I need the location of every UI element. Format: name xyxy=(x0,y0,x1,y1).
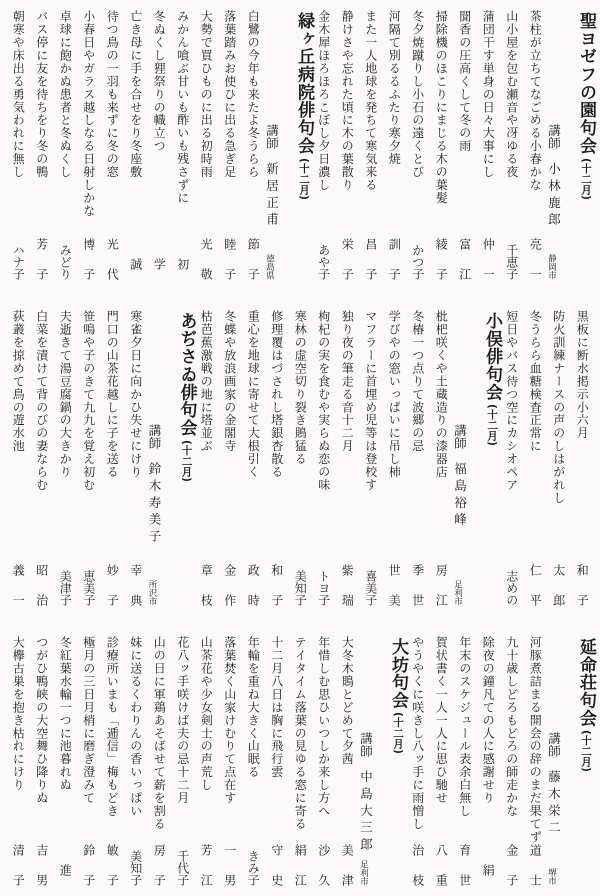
haiku-text: 亡き母に手を合せをり冬座敷 xyxy=(130,10,142,282)
haiku-text: 山小屋を包む瀬音や冴ゆる夜 xyxy=(506,10,518,282)
section-title: 延命荘句会(十二月) xyxy=(577,636,594,888)
haiku-column: 白菜を漬けて背のびの妻ならむ 昭治 xyxy=(30,310,54,608)
lecturer-row: 講師中島大三郎 xyxy=(359,636,372,888)
haiku-column: 賀状書く一人一人に思ひ馳せ 八重 xyxy=(430,636,454,888)
section-title-text: 聖ヨゼフの園句会 xyxy=(576,12,596,155)
haiku-column: 掃除機のほこりにまじる木の葉髪 綾子 xyxy=(430,10,454,282)
haiku-column: 待つ鳥の一羽も来ずに冬の窓 光代 xyxy=(101,10,125,282)
haiku-text: 冬ぬくし狸祭りの幟立つ xyxy=(153,10,165,282)
haiku-text: 冬紅葉水輪一つに池暮れぬ xyxy=(59,636,71,888)
haiku-author: 世美 xyxy=(388,564,400,606)
haiku-column: 独り夜の筆走る音十二月 紫瑞 xyxy=(336,310,360,608)
haiku-column: 茶柱が立ちてなごめる小春かな 亮一 xyxy=(524,10,548,282)
city-label: 静岡市 xyxy=(547,254,556,280)
section-month: (十二月) xyxy=(298,158,310,200)
haiku-author: 一男 xyxy=(224,844,236,886)
haiku-column: 卓球に飽かぬ患者と冬ぬくし みどり xyxy=(54,10,78,282)
haiku-column: やうやくに咲きし八ッ手に雨憎し 治枝 xyxy=(406,636,430,888)
haiku-author: 芳江 xyxy=(200,844,212,886)
haiku-column: 門口の山茶花越しに子を送る 妙子 xyxy=(101,310,125,608)
haiku-author: 栄子 xyxy=(341,238,353,280)
haiku-author: かつ子 xyxy=(412,244,424,280)
haiku-author: 鈴子 xyxy=(83,844,95,886)
haiku-author: 和子 xyxy=(576,564,588,606)
haiku-author: 義一 xyxy=(12,564,24,606)
haiku-column: 冬うらら血糖検査正常に 仁平 xyxy=(524,310,548,608)
haiku-column: 冬夕焼蹴りし小石の遠くとび かつ子 xyxy=(406,10,430,282)
lecturer-label: 講師 xyxy=(147,424,162,449)
haiku-column: 年惜しむ思ひいつしか来し方へ 沙久 xyxy=(312,636,336,888)
haiku-author: 綾子 xyxy=(435,238,447,280)
lecturer-name: 藤木栄二 xyxy=(547,770,562,838)
haiku-author: 季世 xyxy=(412,564,424,606)
haiku-author: 喜美子 xyxy=(365,570,377,606)
section-header: 延命荘句会(十二月) 講師藤木栄二 堺市 xyxy=(547,636,594,888)
haiku-author: 仲一 xyxy=(482,238,494,280)
haiku-column: 除夜の鐘凡ての人に感謝せり 絹 xyxy=(477,636,501,888)
haiku-column: 年末のスケジュール表余白無し 育世 xyxy=(453,636,477,888)
haiku-author: あや子 xyxy=(318,244,330,280)
haiku-column: みかん喰ぶ甘いも酢いも残さずに 初 xyxy=(171,10,195,282)
haiku-author: 妙子 xyxy=(106,564,118,606)
haiku-column: 蒲団干す単身の日々大事にし 仲一 xyxy=(477,10,501,282)
haiku-author: 絹 xyxy=(482,864,494,876)
haiku-author: 沙久 xyxy=(318,844,330,886)
haiku-author: 和子 xyxy=(271,564,283,606)
section-header: 小俣俳句会(十二月) 講師福島裕峰 足利市 xyxy=(453,310,500,608)
haiku-text: 笹鳴や子のきて九九を覚え初む xyxy=(83,310,95,608)
haiku-column: バス停に友を待ちをり冬の鴨 芳子 xyxy=(30,10,54,282)
section-title: 聖ヨゼフの園句会(十二月) xyxy=(577,10,594,282)
haiku-column: マフラーに首埋め児等は登校す 喜美子 xyxy=(359,310,383,608)
haiku-column: 花八ッ手咲けば夫の忌十二月 千代子 xyxy=(171,636,195,888)
haiku-author: 光代 xyxy=(106,238,118,280)
lecturer-label: 講師 xyxy=(547,124,562,149)
haiku-author: 節子 xyxy=(247,238,259,280)
haiku-column: 大勢で買ひものに出る初時雨 光敬 xyxy=(195,10,219,282)
haiku-author: 清子 xyxy=(12,844,24,886)
haiku-author: 芳子 xyxy=(36,238,48,280)
section-title-text: 小俣俳句会 xyxy=(482,312,502,401)
haiku-column: 白鷺の今年も来たよ冬うらら 節子 xyxy=(242,10,266,282)
haiku-column: テイタイム落葉の見ゆる窓に寄る 絹江 xyxy=(289,636,313,888)
haiku-author: 美津 xyxy=(341,844,353,886)
haiku-author: 治枝 xyxy=(412,844,424,886)
haiku-author: ハナ子 xyxy=(12,244,24,280)
section-month: (十二月) xyxy=(580,730,592,772)
lecturer-label: 講師 xyxy=(453,424,468,449)
haiku-text: 金木犀ほろほろこぼし夕日濃し xyxy=(318,10,330,282)
haiku-column: 冬蝶や放浪画家の金閣寺 金作 xyxy=(218,310,242,608)
city-label: 堺市 xyxy=(547,868,556,885)
haiku-author: 吉男 xyxy=(36,844,48,886)
haiku-column: つがひ鴨峡の大空舞ひ降りぬ 吉男 xyxy=(30,636,54,888)
haiku-author: 仁平 xyxy=(529,564,541,606)
haiku-column: 亡き母に手を合せをり冬座敷 誠 xyxy=(124,10,148,282)
haiku-column: 防火訓練ナースの声のしはがれし 太郎 xyxy=(547,310,571,608)
haiku-text: 枸杞の実を食むや実らぬ恋の味 xyxy=(318,310,330,608)
haiku-column: 学びやの窓いっぱいに吊し柿 世美 xyxy=(383,310,407,608)
haiku-column: 黒板に断水掲示小六月 和子 xyxy=(571,310,595,608)
haiku-author: 睦子 xyxy=(224,238,236,280)
haiku-author: 恵美子 xyxy=(83,570,95,606)
haiku-column: 夫逝きて湯豆腐鍋の大きかり 美津子 xyxy=(54,310,78,608)
haiku-column: 枇杷咲くや土蔵造りの漆器店 房江 xyxy=(430,310,454,608)
haiku-text: 朝寒や床出る勇気われに無し xyxy=(12,10,24,282)
haiku-column: 枸杞の実を食むや実らぬ恋の味 トヨ子 xyxy=(312,310,336,608)
section-title: 緑ヶ丘病院俳句会(十二月) xyxy=(295,10,312,282)
haiku-author: 絹江 xyxy=(294,844,306,886)
haiku-column: 静けさや忘れた頃に木の葉散り 栄子 xyxy=(336,10,360,282)
haiku-author: 道士 xyxy=(529,844,541,886)
haiku-author: 初 xyxy=(177,258,189,270)
haiku-author: 訓子 xyxy=(388,238,400,280)
band-middle: 黒板に断水掲示小六月 和子 防火訓練ナースの声のしはがれし 太郎 冬うらら血糖検… xyxy=(6,310,594,608)
section-title-text: 延命荘句会 xyxy=(576,638,596,727)
haiku-text: 冬夕焼蹴りし小石の遠くとび xyxy=(412,10,424,282)
city-label: 足利市 xyxy=(453,580,462,606)
section-title-text: 緑ヶ丘病院俳句会 xyxy=(294,12,314,155)
haiku-text: 短日やバス待つ空にカシオペア xyxy=(506,310,518,608)
haiku-text: みかん喰ぶ甘いも酢いも残さずに xyxy=(177,10,189,282)
haiku-column: 冬椿一つ点りて波郷の忌 季世 xyxy=(406,310,430,608)
haiku-text: 卓球に飽かぬ患者と冬ぬくし xyxy=(59,10,71,282)
haiku-author: 進 xyxy=(59,864,71,876)
haiku-author: 富江 xyxy=(459,238,471,280)
section-title-text: あぢさゐ俳句会 xyxy=(177,312,197,437)
section-title: あぢさゐ俳句会(十二月) xyxy=(178,310,195,608)
section-month: (十二月) xyxy=(486,404,498,446)
lecturer-name: 新居正甫 xyxy=(265,162,280,230)
haiku-author: 学 xyxy=(153,258,165,270)
band-bottom: 延命荘句会(十二月) 講師藤木栄二 堺市 河豚煮詰まる開会の辞のまだ果てず 道士… xyxy=(6,636,594,888)
haiku-column: 診療所いまも「逓信」梅もどき 敏子 xyxy=(101,636,125,888)
lecturer-name: 福島裕峰 xyxy=(453,462,468,530)
haiku-author: 金作 xyxy=(224,564,236,606)
lecturer-row: 講師福島裕峰 xyxy=(453,310,466,608)
section-header: あぢさゐ俳句会(十二月) 講師鈴木寿美子 所沢市 xyxy=(148,310,195,608)
haiku-author: 昌子 xyxy=(365,238,377,280)
lecturer-name: 中島大三郎 xyxy=(359,770,374,854)
haiku-column: 修理覆はづされし塔銀杏散る 和子 xyxy=(265,310,289,608)
haiku-author: 千恵子 xyxy=(506,244,518,280)
haiku-column: 朝寒や床出る勇気われに無し ハナ子 xyxy=(7,10,31,282)
section-header: 緑ヶ丘病院俳句会(十二月) 講師新居正甫 徳島県 xyxy=(265,10,312,282)
haiku-author: 昭治 xyxy=(36,564,48,606)
haiku-column: 山の日に軍鶏あそばせて薪を割る 房子 xyxy=(148,636,172,888)
haiku-author: 千代子 xyxy=(177,850,189,886)
band-top: 聖ヨゼフの園句会(十二月) 講師小林鹿郎 静岡市 茶柱が立ちてなごめる小春かな … xyxy=(6,10,594,282)
haiku-author: 志めの xyxy=(506,570,518,606)
haiku-author: 幸典 xyxy=(130,564,142,606)
haiku-author: 美知子 xyxy=(130,850,142,886)
haiku-column: 聞香の圧高くして冬の雨 富江 xyxy=(453,10,477,282)
haiku-text: マフラーに首埋め児等は登校す xyxy=(365,310,377,608)
haiku-column: 荻叢を掠めて鳥の遊水池 義一 xyxy=(7,310,31,608)
haiku-author: 美知子 xyxy=(294,570,306,606)
haiku-column: 落葉焚く山家けむりて点在す 一男 xyxy=(218,636,242,888)
haiku-column: 年輪を重ね大きく山眠る きみ子 xyxy=(242,636,266,888)
haiku-column: 笹鳴や子のきて九九を覚え初む 恵美子 xyxy=(77,310,101,608)
haiku-author: 美津子 xyxy=(59,570,71,606)
section-title: 大坊句会(十二月) xyxy=(389,636,406,888)
lecturer-label: 講師 xyxy=(547,732,562,757)
haiku-column: 冬紅葉水輪一つに池暮れぬ 進 xyxy=(54,636,78,888)
haiku-text: 夫逝きて湯豆腐鍋の大きかり xyxy=(59,310,71,608)
section-title: 小俣俳句会(十二月) xyxy=(483,310,500,608)
lecturer-row: 講師小林鹿郎 xyxy=(547,10,560,282)
page: 聖ヨゼフの園句会(十二月) 講師小林鹿郎 静岡市 茶柱が立ちてなごめる小春かな … xyxy=(0,0,600,896)
haiku-column: 極月の三日月梢に磨ぎ澄みて 鈴子 xyxy=(77,636,101,888)
lecturer-name: 小林鹿郎 xyxy=(547,162,562,230)
haiku-column: 十二月八日は胸に飛行雲 守史 xyxy=(265,636,289,888)
haiku-author: 博子 xyxy=(83,238,95,280)
haiku-author: 光敬 xyxy=(200,238,212,280)
haiku-author: 金子 xyxy=(506,844,518,886)
haiku-column: 大冬木鵙とどめて夕茜 美津 xyxy=(336,636,360,888)
lecturer-name: 鈴木寿美子 xyxy=(147,462,162,546)
haiku-column: 妹に送るくわりんの香いっぱい 美知子 xyxy=(124,636,148,888)
haiku-column: 小春日やガラス越しなる日射しかな 博子 xyxy=(77,10,101,282)
lecturer-row: 講師新居正甫 xyxy=(265,10,278,282)
haiku-text: 寒林の虚空切り裂き鵙猛る xyxy=(294,310,306,608)
haiku-author: 房子 xyxy=(153,844,165,886)
haiku-column: 落葉踏みお使ひに出る急ぎ足 睦子 xyxy=(218,10,242,282)
haiku-author: 章枝 xyxy=(200,564,212,606)
haiku-column: 河隔て別るるふたり寒夕焼 訓子 xyxy=(383,10,407,282)
city-label: 足利市 xyxy=(359,860,368,886)
haiku-author: 育世 xyxy=(459,844,471,886)
section-month: (十二月) xyxy=(181,440,193,482)
haiku-column: 寒林の虚空切り裂き鵙猛る 美知子 xyxy=(289,310,313,608)
haiku-author: 太郎 xyxy=(553,564,565,606)
haiku-author: 亮一 xyxy=(529,238,541,280)
haiku-column: 大欅古巣を抱き枯れにけり 清子 xyxy=(7,636,31,888)
section-header: 大坊句会(十二月) 講師中島大三郎 足利市 xyxy=(359,636,406,888)
haiku-author: きみ子 xyxy=(247,850,259,886)
haiku-column: また一人地球を発ちて寒気来る 昌子 xyxy=(359,10,383,282)
section-title-text: 大坊句会 xyxy=(388,638,408,709)
haiku-column: 河豚煮詰まる開会の辞のまだ果てず 道士 xyxy=(524,636,548,888)
haiku-author: 八重 xyxy=(435,844,447,886)
city-label: 徳島県 xyxy=(265,254,274,280)
haiku-column: 山小屋を包む瀬音や冴ゆる夜 千恵子 xyxy=(500,10,524,282)
haiku-column: 山茶花や少女剣士の声荒し 芳江 xyxy=(195,636,219,888)
lecturer-row: 講師鈴木寿美子 xyxy=(148,310,161,608)
section-month: (十二月) xyxy=(392,712,404,754)
section-header: 聖ヨゼフの園句会(十二月) 講師小林鹿郎 静岡市 xyxy=(547,10,594,282)
lecturer-label: 講師 xyxy=(265,124,280,149)
lecturer-row: 講師藤木栄二 xyxy=(547,636,560,888)
haiku-column: 重心を地球に寄せて大根引く 政時 xyxy=(242,310,266,608)
haiku-column: 枯芭蕉激戦の地に塔並ぶ 章枝 xyxy=(195,310,219,608)
haiku-author: 紫瑞 xyxy=(341,564,353,606)
haiku-column: 寒雀夕日に向かひ失せにけり 幸典 xyxy=(124,310,148,608)
haiku-author: みどり xyxy=(59,244,71,280)
haiku-column: 冬ぬくし狸祭りの幟立つ 学 xyxy=(148,10,172,282)
city-label: 所沢市 xyxy=(148,580,157,606)
haiku-author: 守史 xyxy=(271,844,283,886)
haiku-text: 除夜の鐘凡ての人に感謝せり xyxy=(482,636,494,888)
haiku-author: 房江 xyxy=(435,564,447,606)
haiku-column: 九十歳しどろもどろの師走かな 金子 xyxy=(500,636,524,888)
haiku-author: 敏子 xyxy=(106,844,118,886)
haiku-author: 政時 xyxy=(247,564,259,606)
section-month: (十二月) xyxy=(580,158,592,200)
haiku-author: トヨ子 xyxy=(318,570,330,606)
haiku-author: 誠 xyxy=(130,258,142,270)
haiku-column: 金木犀ほろほろこぼし夕日濃し あや子 xyxy=(312,10,336,282)
lecturer-label: 講師 xyxy=(359,732,374,757)
haiku-column: 短日やバス待つ空にカシオペア 志めの xyxy=(500,310,524,608)
